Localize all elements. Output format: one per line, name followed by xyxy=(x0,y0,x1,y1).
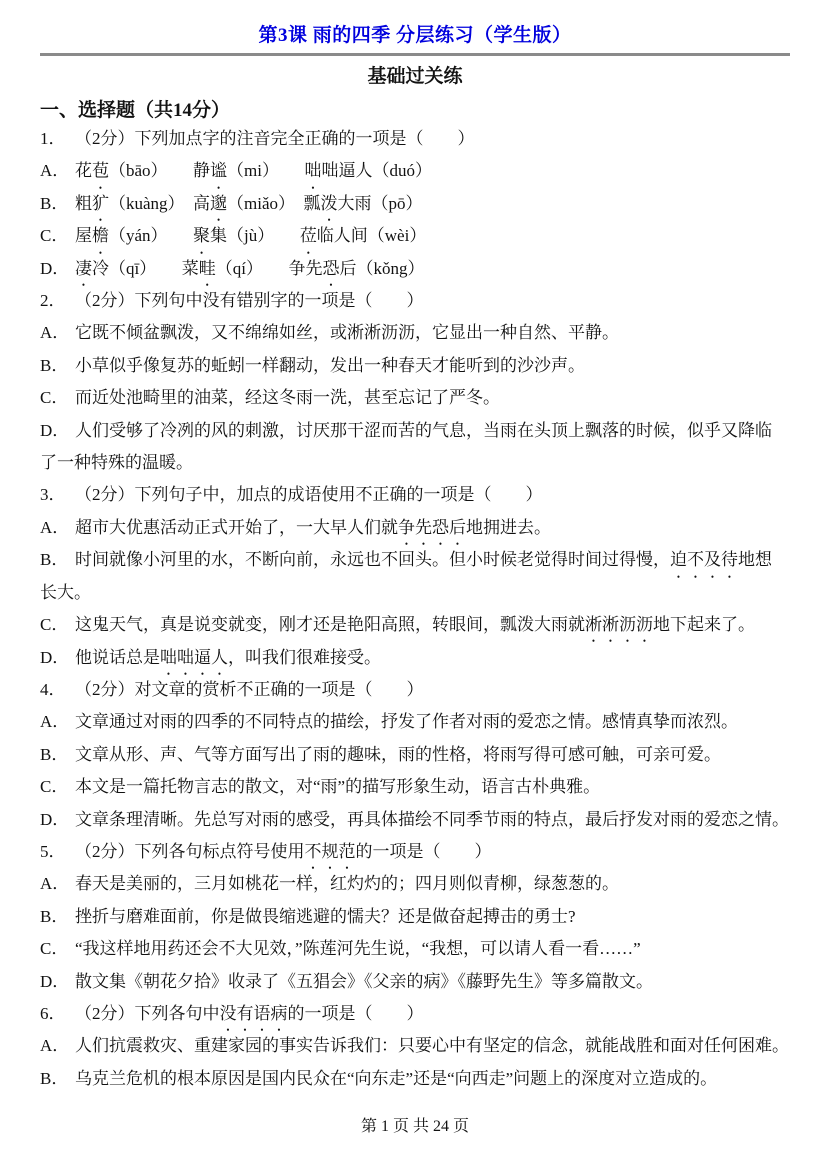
text-segment: 文章条理清晰。先总写对雨的感受，再具体描绘不同季节雨的特点，最后抒发对雨的爱恋之… xyxy=(75,810,789,829)
text-segment: 这鬼天气，真是说变就变，刚才还是艳阳高照，转眼间，瓢泼大雨就 xyxy=(75,615,585,634)
option-line: C．屋檐（yán） 聚集（jù） 莅临人间（wèi） xyxy=(40,220,790,252)
option-line: C．“我这样地用药还会不大见效，”陈莲河先生说，“我想，可以请人看一看……” xyxy=(40,933,790,965)
option-label: D． xyxy=(40,804,75,836)
emphasized-char: 人 xyxy=(211,642,228,674)
emphasized-char: 逼 xyxy=(194,642,211,674)
question-number: 4． xyxy=(40,674,75,706)
emphasized-char: 檐 xyxy=(92,220,109,252)
text-segment: 地下起来了。 xyxy=(653,615,755,634)
emphasized-char: 及 xyxy=(704,544,721,576)
option-label: B． xyxy=(40,901,75,933)
question-stem: 6．（2分）下列各句中没有语病的一项是（ ） xyxy=(40,998,790,1030)
text-segment: 时间就像小河里的水，不断向前，永远也不回头。但小时候老觉得时间过得慢， xyxy=(75,550,670,569)
text-segment: 人们抗震救灾、重建家园的事实告诉我们：只要心中有坚定的信念，就能战胜和面对任何困… xyxy=(75,1036,789,1055)
emphasized-char: 后 xyxy=(449,512,466,544)
text-segment: 超市大优惠活动正式开始了，一大早人们就 xyxy=(75,518,398,537)
emphasized-char: 规 xyxy=(322,836,339,868)
question-number: 3． xyxy=(40,479,75,511)
option-line: D．凄冷（qī） 菜畦（qí） 争先恐后（kǒng） xyxy=(40,253,790,285)
emphasized-char: 争 xyxy=(398,512,415,544)
option-line: A．春天是美丽的，三月如桃花一样，红灼灼的；四月则似青柳，绿葱葱的。 xyxy=(40,868,790,900)
text-segment: 地想 xyxy=(738,550,772,569)
option-line: D．他说话总是咄咄逼人，叫我们很难接受。 xyxy=(40,642,790,674)
option-line: B．乌克兰危机的根本原因是国内民众在“向东走”还是“向西走”问题上的深度对立造成… xyxy=(40,1063,790,1095)
option-line: B．粗犷（kuàng） 高邈（miǎo） 瓢泼大雨（pō） xyxy=(40,188,790,220)
emphasized-char: 谧 xyxy=(210,155,227,187)
emphasized-char: 没 xyxy=(220,998,237,1030)
text-segment: （2分）下列各句中 xyxy=(75,1004,220,1023)
text-segment: （kuàng） 高 xyxy=(109,194,210,213)
text-segment: （miǎo） 瓢 xyxy=(227,194,321,213)
emphasized-char: 聚 xyxy=(193,220,210,252)
option-label: B． xyxy=(40,350,75,382)
emphasized-char: 咄 xyxy=(305,155,322,187)
emphasized-char: 恐 xyxy=(432,512,449,544)
option-line: B．小草似乎像复苏的蚯蚓一样翻动，发出一种春天才能听到的沙沙声。 xyxy=(40,350,790,382)
text-segment: 乌克兰危机的根本原因是国内民众在“向东走”还是“向西走”问题上的深度对立造成的。 xyxy=(75,1069,717,1088)
text-segment: 春天是美丽的，三月如桃花一样，红灼灼的；四月则似青柳，绿葱葱的。 xyxy=(75,874,619,893)
question-block: 5．（2分）下列各句标点符号使用不规范的一项是（ ）A．春天是美丽的，三月如桃花… xyxy=(40,836,790,998)
text-segment: ，叫我们很难接受。 xyxy=(228,648,381,667)
text-segment: （2分）下列各句标点符号使用 xyxy=(75,842,305,861)
option-label: D． xyxy=(40,642,75,674)
emphasized-char: 恐 xyxy=(322,253,339,285)
emphasized-char: 犷 xyxy=(92,188,109,220)
text-segment: 小草似乎像复苏的蚯蚓一样翻动，发出一种春天才能听到的沙沙声。 xyxy=(75,356,585,375)
text-segment: （2分）下列加点字的注音完全正确的一项是（ ） xyxy=(75,129,475,148)
emphasized-char: 淅 xyxy=(585,609,602,641)
option-label: C． xyxy=(40,220,75,252)
option-label: D． xyxy=(40,415,75,447)
option-label: C． xyxy=(40,933,75,965)
option-line: D．文章条理清晰。先总写对雨的感受，再具体描绘不同季节雨的特点，最后抒发对雨的爱… xyxy=(40,804,790,836)
option-line: B．挫折与磨难面前，你是做畏缩逃避的懦夫？还是做奋起搏击的勇士? xyxy=(40,901,790,933)
option-line: A．文章通过对雨的四季的不同特点的描绘，抒发了作者对雨的爱恋之情。感情真挚而浓烈… xyxy=(40,706,790,738)
option-label: B． xyxy=(40,739,75,771)
option-line: C．这鬼天气，真是说变就变，刚才还是艳阳高照，转眼间，瓢泼大雨就淅淅沥沥地下起来… xyxy=(40,609,790,641)
text-segment: （2分）对文章的赏析不正确的一项是（ ） xyxy=(75,680,424,699)
text-segment: 它既不倾盆飘泼，又不绵绵如丝，或淅淅沥沥，它显出一种自然、平静。 xyxy=(75,323,619,342)
question-block: 4．（2分）对文章的赏析不正确的一项是（ ）A．文章通过对雨的四季的不同特点的描… xyxy=(40,674,790,836)
question-number: 1． xyxy=(40,123,75,155)
text-segment: 而近处池畸里的油菜，经这冬雨一洗，甚至忘记了严冬。 xyxy=(75,388,500,407)
option-line: D．散文集《朝花夕拾》收录了《五猖会》《父亲的病》《藤野先生》等多篇散文。 xyxy=(40,966,790,998)
option-line: A．它既不倾盆飘泼，又不绵绵如丝，或淅淅沥沥，它显出一种自然、平静。 xyxy=(40,317,790,349)
emphasized-char: 不 xyxy=(305,836,322,868)
header-divider xyxy=(40,53,790,56)
question-block: 6．（2分）下列各句中没有语病的一项是（ ）A．人们抗震救灾、重建家园的事实告诉… xyxy=(40,998,790,1095)
text-segment: 粗 xyxy=(75,194,92,213)
document-page: 第3课 雨的四季 分层练习（学生版） 基础过关练 一、选择题（共14分） 1．（… xyxy=(0,0,827,1169)
text-segment: 屋 xyxy=(75,226,92,245)
text-segment: 长大。 xyxy=(40,583,91,602)
question-stem: 5．（2分）下列各句标点符号使用不规范的一项是（ ） xyxy=(40,836,790,868)
emphasized-char: 迫 xyxy=(670,544,687,576)
emphasized-char: 畦 xyxy=(199,253,216,285)
text-segment: 咄逼人（duó） xyxy=(322,161,433,180)
option-line: C．本文是一篇托物言志的散文，对“雨”的描写形象生动，语言古朴典雅。 xyxy=(40,771,790,803)
emphasized-char: 咄 xyxy=(160,642,177,674)
question-block: 1．（2分）下列加点字的注音完全正确的一项是（ ）A．花苞（bāo） 静谧（mi… xyxy=(40,123,790,285)
emphasized-char: 沥 xyxy=(636,609,653,641)
emphasized-char: 不 xyxy=(687,544,704,576)
question-stem: 3．（2分）下列句子中，加点的成语使用不正确的一项是（ ） xyxy=(40,479,790,511)
text-segment: （2分）下列句子中，加点的成语使用不正确的一项是（ ） xyxy=(75,485,543,504)
option-line: A．超市大优惠活动正式开始了，一大早人们就争先恐后地拥进去。 xyxy=(40,512,790,544)
text-segment: 文章从形、声、气等方面写出了雨的趣味，雨的性格，将雨写得可感可触，可亲可爱。 xyxy=(75,745,721,764)
question-block: 3．（2分）下列句子中，加点的成语使用不正确的一项是（ ）A．超市大优惠活动正式… xyxy=(40,479,790,673)
text-segment: 花 xyxy=(75,161,92,180)
emphasized-char: 待 xyxy=(721,544,738,576)
text-segment: 的一项是（ ） xyxy=(288,1004,424,1023)
text-segment: 散文集《朝花夕拾》收录了《五猖会》《父亲的病》《藤野先生》等多篇散文。 xyxy=(75,972,653,991)
option-label: C． xyxy=(40,771,75,803)
text-segment: 文章通过对雨的四季的不同特点的描绘，抒发了作者对雨的爱恋之情。感情真挚而浓烈。 xyxy=(75,712,738,731)
question-stem: 2．（2分）下列句中没有错别字的一项是（ ） xyxy=(40,285,790,317)
text-segment: 集（jù） xyxy=(210,226,300,245)
page-footer: 第 1 页 共 24 页 xyxy=(40,1117,790,1137)
option-label: D． xyxy=(40,253,75,285)
question-number: 6． xyxy=(40,998,75,1030)
emphasized-char: 邈 xyxy=(210,188,227,220)
text-segment: 本文是一篇托物言志的散文，对“雨”的描写形象生动，语言古朴典雅。 xyxy=(75,777,600,796)
text-segment: 人们受够了冷冽的风的刺激，讨厌那干涩而苦的气息，当雨在头顶上飘落的时候，似乎又降… xyxy=(75,421,772,440)
text-segment: “我这样地用药还会不大见效，”陈莲河先生说，“我想，可以请人看一看……” xyxy=(75,939,641,958)
emphasized-char: 沥 xyxy=(619,609,636,641)
option-line: B．文章从形、声、气等方面写出了雨的趣味，雨的性格，将雨写得可感可触，可亲可爱。 xyxy=(40,739,790,771)
text-segment: （yán） xyxy=(109,226,193,245)
option-label: A． xyxy=(40,317,75,349)
option-label: B． xyxy=(40,188,75,220)
text-segment: 后（kǒng） xyxy=(339,259,424,278)
questions-list: 1．（2分）下列加点字的注音完全正确的一项是（ ）A．花苞（bāo） 静谧（mi… xyxy=(40,123,790,1095)
option-line: B．时间就像小河里的水，不断向前，永远也不回头。但小时候老觉得时间过得慢，迫不及… xyxy=(40,544,790,609)
text-segment: （mi） xyxy=(227,161,304,180)
question-stem: 4．（2分）对文章的赏析不正确的一项是（ ） xyxy=(40,674,790,706)
text-segment: 的一项是（ ） xyxy=(356,842,492,861)
option-label: A． xyxy=(40,155,75,187)
emphasized-char: 病 xyxy=(271,998,288,1030)
question-number: 2． xyxy=(40,285,75,317)
emphasized-char: 泼 xyxy=(321,188,338,220)
option-label: D． xyxy=(40,966,75,998)
text-segment: 他说话总是 xyxy=(75,648,160,667)
option-label: A． xyxy=(40,868,75,900)
option-label: A． xyxy=(40,1030,75,1062)
option-label: B． xyxy=(40,1063,75,1095)
emphasized-char: 有 xyxy=(237,998,254,1030)
option-label: C． xyxy=(40,382,75,414)
text-segment: 了一种特殊的温暖。 xyxy=(40,453,193,472)
option-line: D．人们受够了冷冽的风的刺激，讨厌那干涩而苦的气息，当雨在头顶上飘落的时候，似乎… xyxy=(40,415,790,480)
option-label: C． xyxy=(40,609,75,641)
emphasized-char: 淅 xyxy=(602,609,619,641)
option-line: A．花苞（bāo） 静谧（mi） 咄咄逼人（duó） xyxy=(40,155,790,187)
emphasized-char: 莅 xyxy=(300,220,317,252)
text-segment: （2分）下列句中没有错别字的一项是（ ） xyxy=(75,291,424,310)
text-segment: 大雨（pō） xyxy=(338,194,423,213)
text-segment: 挫折与磨难面前，你是做畏缩逃避的懦夫？还是做奋起搏击的勇士? xyxy=(75,907,576,926)
option-label: A． xyxy=(40,706,75,738)
option-label: A． xyxy=(40,512,75,544)
text-segment: 临人间（wèi） xyxy=(317,226,427,245)
emphasized-char: 范 xyxy=(339,836,356,868)
emphasized-char: 咄 xyxy=(177,642,194,674)
practice-section-title: 基础过关练 xyxy=(40,66,790,88)
option-line: C．而近处池畸里的油菜，经这冬雨一洗，甚至忘记了严冬。 xyxy=(40,382,790,414)
document-title: 第3课 雨的四季 分层练习（学生版） xyxy=(40,24,790,48)
option-label: B． xyxy=(40,544,75,576)
text-segment: （bāo） 静 xyxy=(109,161,210,180)
emphasized-char: 语 xyxy=(254,998,271,1030)
text-segment: （qí） 争先 xyxy=(216,259,323,278)
option-line: A．人们抗震救灾、重建家园的事实告诉我们：只要心中有坚定的信念，就能战胜和面对任… xyxy=(40,1030,790,1062)
text-segment: 冷（qī） 菜 xyxy=(92,259,199,278)
question-stem: 1．（2分）下列加点字的注音完全正确的一项是（ ） xyxy=(40,123,790,155)
emphasized-char: 凄 xyxy=(75,253,92,285)
emphasized-char: 苞 xyxy=(92,155,109,187)
question-block: 2．（2分）下列句中没有错别字的一项是（ ）A．它既不倾盆飘泼，又不绵绵如丝，或… xyxy=(40,285,790,479)
text-segment: 地拥进去。 xyxy=(466,518,551,537)
emphasized-char: 先 xyxy=(415,512,432,544)
question-number: 5． xyxy=(40,836,75,868)
choice-section-heading: 一、选择题（共14分） xyxy=(40,99,790,123)
